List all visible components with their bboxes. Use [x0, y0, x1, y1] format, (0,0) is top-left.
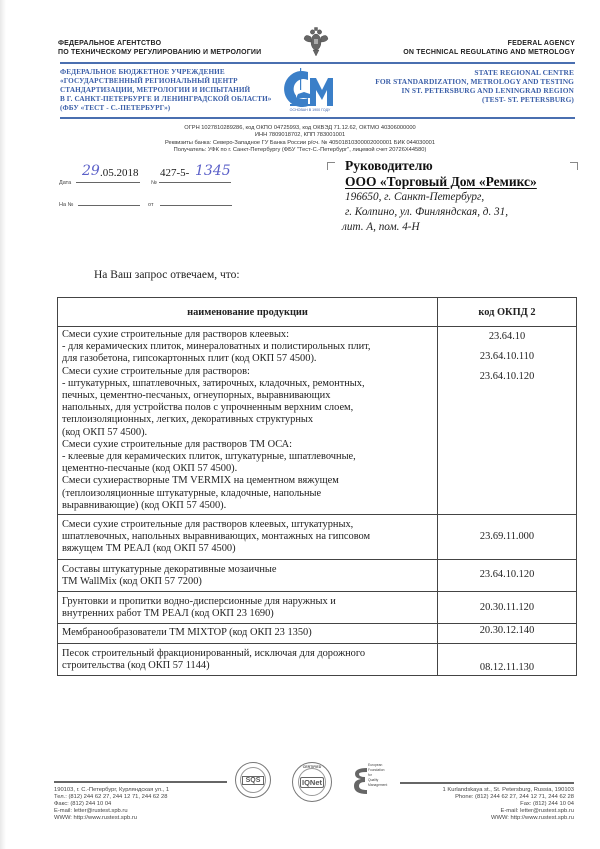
- table-row: Песок строительный фракционированный, ис…: [58, 643, 577, 675]
- address-corner-mark: [570, 162, 578, 170]
- efqm-text: European Foundation for Quality Manageme…: [368, 763, 387, 788]
- footer-rule-right: [400, 782, 574, 784]
- okpd2-code-cell: 23.64.10.120: [438, 559, 577, 591]
- addressee-address-line: 196650, г. Санкт-Петербург,: [345, 190, 537, 205]
- footer-line: Phone: (812) 244 62 27, 244 12 71, 244 6…: [443, 794, 574, 801]
- product-line: теплоизоляционных, легких, декоративных …: [62, 414, 433, 426]
- footer-contacts-ru: 190103, г. С.-Петербург, Курляндская ул.…: [54, 787, 169, 822]
- product-line: Составы штукатурные декоративные мозаичн…: [62, 564, 433, 576]
- footer-line: E-mail: letter@rustest.spb.ru: [54, 808, 169, 815]
- iqnet-label: IQNet: [300, 777, 324, 788]
- okpd2-code: 23.64.10.110: [438, 351, 576, 363]
- number-prefix: 427-5-: [160, 167, 189, 179]
- sqs-certification-icon: SQS: [235, 762, 271, 798]
- table-row: Грунтовки и пропитки водно-дисперсионные…: [58, 592, 577, 624]
- product-name-cell: Песок строительный фракционированный, ис…: [58, 643, 438, 675]
- ru-agency-line: ФЕДЕРАЛЬНОЕ АГЕНТСТВО: [58, 39, 261, 48]
- table-row: Составы штукатурные декоративные мозаичн…: [58, 559, 577, 591]
- en-agency-heading: FEDERAL AGENCY ON TECHNICAL REGULATING A…: [403, 39, 575, 57]
- product-name-cell: Грунтовки и пропитки водно-дисперсионные…: [58, 592, 438, 624]
- product-line: ТМ WallMix (код ОКП 57 7200): [62, 576, 433, 588]
- ru-organization-name: ФЕДЕРАЛЬНОЕ БЮДЖЕТНОЕ УЧРЕЖДЕНИЕ «ГОСУДА…: [60, 68, 271, 113]
- addressee-company: ООО «Торговый Дом «Ремикс»: [345, 174, 537, 190]
- product-line: Смеси сухие строительные для растворов к…: [62, 519, 433, 531]
- ru-org-line: ФЕДЕРАЛЬНОЕ БЮДЖЕТНОЕ УЧРЕЖДЕНИЕ: [60, 68, 271, 77]
- table-header-row: наименование продукции код ОКПД 2: [58, 298, 577, 327]
- product-line: Смеси сухие строительные для растворов к…: [62, 329, 433, 341]
- okpd2-code-cell: 23.69.11.000: [438, 515, 577, 560]
- ru-org-line: «ГОСУДАРСТВЕННЫЙ РЕГИОНАЛЬНЫЙ ЦЕНТР: [60, 77, 271, 86]
- product-line: Песок строительный фракционированный, ис…: [62, 648, 433, 660]
- requisites-line: Реквизиты банка: Северо-Западное ГУ Банк…: [100, 140, 500, 147]
- date-day-handwritten: 29: [82, 163, 100, 179]
- product-line: Смеси сухиерастворные ТМ VERMIX на цемен…: [62, 475, 433, 487]
- russian-coat-of-arms-icon: [303, 27, 329, 57]
- ref-from-label: от: [148, 202, 153, 208]
- footer-line: Тел.: (812) 244 62 27, 244 12 71, 244 62…: [54, 794, 169, 801]
- product-line: цементно-песчаные (код ОКП 57 4500).: [62, 463, 433, 475]
- footer-contacts-en: 1 Kurlandskaya st., St. Petersburg, Russ…: [443, 787, 574, 822]
- efqm-mark-icon: [353, 766, 369, 796]
- product-line: - для керамических плиток, минераловатны…: [62, 341, 433, 353]
- en-organization-name: STATE REGIONAL CENTRE FOR STANDARDIZATIO…: [375, 68, 574, 104]
- product-line: вяжущем ТМ РЕАЛ (код ОКП 57 4500): [62, 543, 433, 555]
- ref-number-underline: [78, 205, 140, 206]
- number-underline: [159, 182, 231, 183]
- iqnet-certification-icon: CERTIFIED IQNet: [292, 762, 332, 802]
- date-month-year: .05.2018: [100, 167, 139, 179]
- ref-from-underline: [160, 205, 232, 206]
- footer-line: Факс: (812) 244 10 04: [54, 801, 169, 808]
- header-divider-top: [60, 62, 575, 64]
- requisites-line: ИНН 7809018702, КПП 783001001: [100, 132, 500, 139]
- okpd2-code: 23.64.10.120: [438, 371, 576, 383]
- header-divider-bottom: [60, 117, 575, 119]
- product-line: Смеси сухие строительные для растворов:: [62, 366, 433, 378]
- footer-line: E-mail: letter@rustest.spb.ru: [443, 808, 574, 815]
- okpd2-code-cell: 08.12.11.130: [438, 643, 577, 675]
- okpd2-code-cell: 23.64.10 23.64.10.110 23.64.10.120: [438, 327, 577, 515]
- addressee-address-line: г. Колпино, ул. Финляндская, д. 31,: [345, 205, 537, 220]
- en-org-line: (TEST- ST. PETERSBURG): [375, 95, 574, 104]
- letter-page: ФЕДЕРАЛЬНОЕ АГЕНТСТВО ПО ТЕХНИЧЕСКОМУ РЕ…: [0, 0, 600, 849]
- okpd2-code-cell: 20.30.11.120: [438, 592, 577, 624]
- en-agency-line: ON TECHNICAL REGULATING AND METROLOGY: [403, 48, 575, 57]
- ru-agency-line: ПО ТЕХНИЧЕСКОМУ РЕГУЛИРОВАНИЮ И МЕТРОЛОГ…: [58, 48, 261, 57]
- product-line: - клеевые для керамических плиток, штука…: [62, 451, 433, 463]
- product-line: - штукатурных, шпатлевочных, затирочных,…: [62, 378, 433, 390]
- en-org-line: FOR STANDARDIZATION, METROLOGY AND TESTI…: [375, 77, 574, 86]
- footer-line: Fax: (812) 244 10 04: [443, 801, 574, 808]
- ru-agency-heading: ФЕДЕРАЛЬНОЕ АГЕНТСТВО ПО ТЕХНИЧЕСКОМУ РЕ…: [58, 39, 261, 57]
- products-table: наименование продукции код ОКПД 2 Смеси …: [57, 297, 577, 676]
- footer-line: WWW: http://www.rustest.spb.ru: [443, 815, 574, 822]
- requisites-line: Получатель: УФК по г. Санкт-Петербургу (…: [100, 147, 500, 154]
- ref-number-label: На №: [59, 202, 73, 208]
- en-org-line: IN ST. PETERSBURG AND LENINGRAD REGION: [375, 86, 574, 95]
- addressee-address-line: лит. А, пом. 4-Н: [342, 220, 537, 235]
- efqm-line: Management: [368, 783, 387, 788]
- okpd2-code-cell: 20.30.12.140: [438, 624, 577, 643]
- okpd2-code: 23.64.10: [438, 331, 576, 343]
- footer-line: WWW: http://www.rustest.spb.ru: [54, 815, 169, 822]
- table-row: Смеси сухие строительные для растворов к…: [58, 515, 577, 560]
- product-line: внутренних работ ТМ РЕАЛ (код ОКП 23 169…: [62, 608, 433, 620]
- product-name-cell: Мембранообразователи ТМ MIXTOP (код ОКП …: [58, 624, 438, 643]
- product-line: Мембранообразователи ТМ MIXTOP (код ОКП …: [62, 627, 433, 639]
- table-row: Мембранообразователи ТМ MIXTOP (код ОКП …: [58, 624, 577, 643]
- product-line: выравнивающие) (код ОКП 57 4500).: [62, 500, 433, 512]
- product-line: печных, цементно-песчаных, огнеупорных, …: [62, 390, 433, 402]
- footer-rule-left: [54, 781, 227, 783]
- product-name-cell: Составы штукатурные декоративные мозаичн…: [58, 559, 438, 591]
- product-line: строительства (код ОКП 57 1144): [62, 660, 433, 672]
- requisites-line: ОГРН 1027810289286, код ОКПО 04725993, к…: [100, 125, 500, 132]
- column-header-okpd2-code: код ОКПД 2: [438, 298, 577, 327]
- ru-org-line: СТАНДАРТИЗАЦИИ, МЕТРОЛОГИИ И ИСПЫТАНИЙ: [60, 86, 271, 95]
- footer-line: 190103, г. С.-Петербург, Курляндская ул.…: [54, 787, 169, 794]
- date-label: Дата: [59, 180, 71, 186]
- date-underline: [76, 182, 140, 183]
- number-handwritten: 1345: [195, 163, 231, 179]
- organization-requisites: ОГРН 1027810289286, код ОКПО 04725993, к…: [100, 125, 500, 154]
- product-line: (теплоизоляционные штукатурные, кладочны…: [62, 488, 433, 500]
- ru-org-line: В Г. САНКТ-ПЕТЕРБУРГЕ И ЛЕНИНГРАДСКОЙ ОБ…: [60, 95, 271, 104]
- footer-line: 1 Kurlandskaya st., St. Petersburg, Russ…: [443, 787, 574, 794]
- address-corner-mark: [327, 162, 335, 170]
- product-line: (код ОКП 57 4500).: [62, 427, 433, 439]
- table-row: Смеси сухие строительные для растворов к…: [58, 327, 577, 515]
- column-header-product-name: наименование продукции: [58, 298, 438, 327]
- number-label: №: [151, 180, 157, 186]
- product-line: шпатлевочных, напольных выравнивающих, м…: [62, 531, 433, 543]
- logo-caption: ОСНОВАН В 1900 ГОДУ: [283, 108, 337, 112]
- intro-text: На Ваш запрос отвечаем, что:: [94, 269, 240, 281]
- en-agency-line: FEDERAL AGENCY: [403, 39, 575, 48]
- addressee-block: Руководителю ООО «Торговый Дом «Ремикс» …: [345, 158, 537, 235]
- product-line: напольных, для устройства полов с упрочн…: [62, 402, 433, 414]
- product-line: для газобетона, гипсокартонных плит (код…: [62, 353, 433, 365]
- product-name-cell: Смеси сухие строительные для растворов к…: [58, 515, 438, 560]
- sqs-label: SQS: [242, 776, 264, 785]
- product-line: Смеси сухие строительные для растворов Т…: [62, 439, 433, 451]
- ru-org-line: (ФБУ «ТЕСТ - С.-ПЕТЕРБУРГ»): [60, 104, 271, 113]
- iqnet-ring-label: CERTIFIED: [295, 765, 329, 769]
- addressee-title: Руководителю: [345, 158, 537, 174]
- en-org-line: STATE REGIONAL CENTRE: [375, 68, 574, 77]
- efqm-logo-icon: European Foundation for Quality Manageme…: [353, 763, 397, 797]
- product-name-cell: Смеси сухие строительные для растворов к…: [58, 327, 438, 515]
- scan-edge-shadow: [0, 0, 6, 849]
- product-line: Грунтовки и пропитки водно-дисперсионные…: [62, 596, 433, 608]
- csm-logo-icon: [284, 66, 334, 110]
